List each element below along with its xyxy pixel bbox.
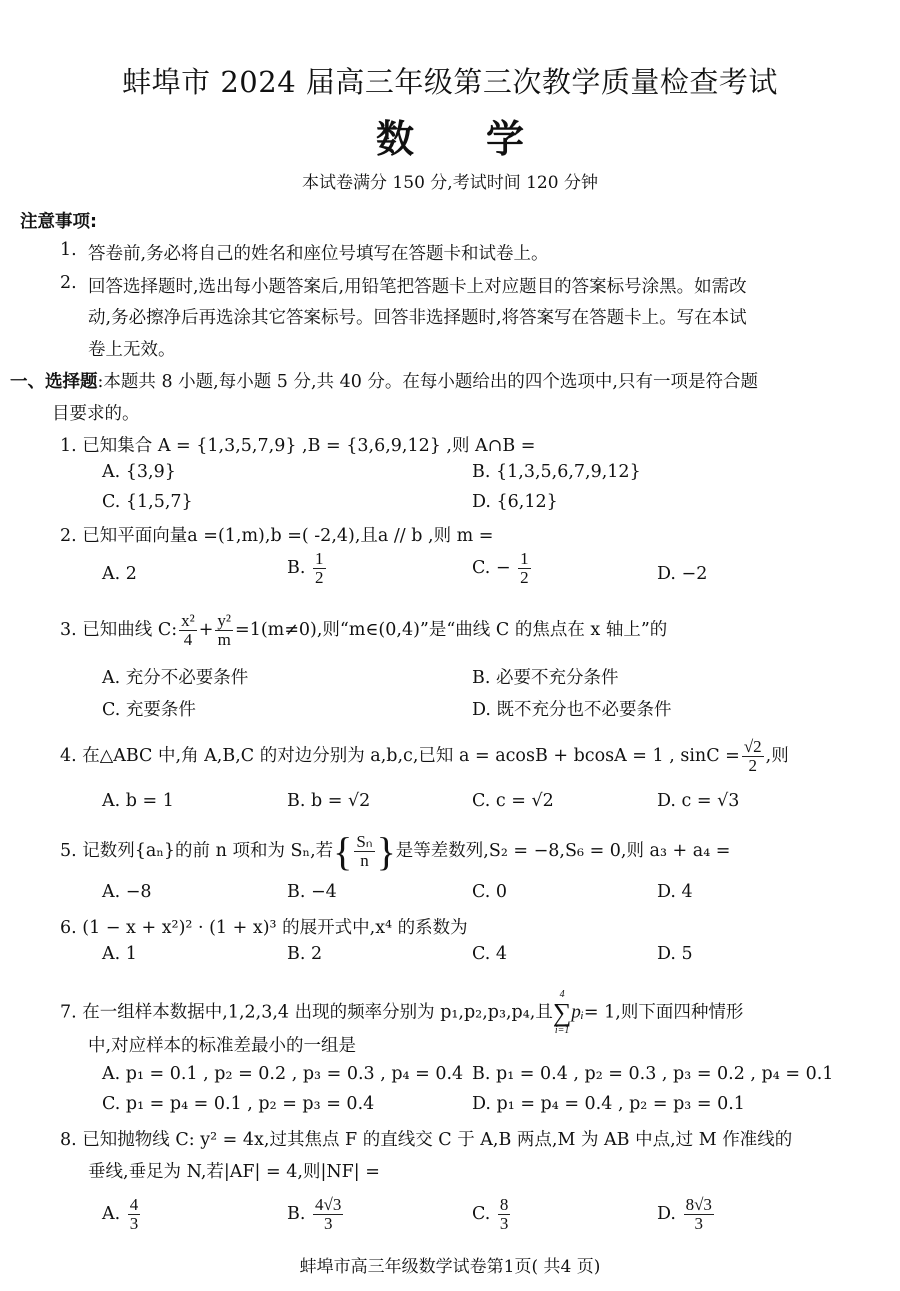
option-letter: D. — [657, 1204, 676, 1224]
question-stem: 已知集合 A = {1,3,5,7,9} ,B = {3,6,9,12} ,则 … — [82, 436, 535, 456]
q5-option-c[interactable]: C. 0 — [472, 882, 507, 902]
notice-item-2-line-1: 回答选择题时,选出每小题答案后,用铅笔把答题卡上对应题目的答案标号涂黑。如需改 — [88, 273, 747, 298]
q3-option-b[interactable]: B. 必要不充分条件 — [472, 664, 619, 689]
q4-option-c[interactable]: C. c = √2 — [472, 791, 554, 811]
fraction: 83 — [498, 1196, 511, 1233]
option-letter: C. — [472, 1204, 490, 1224]
exam-title: 蚌埠市 2024 届高三年级第三次教学质量检查考试 — [0, 60, 900, 101]
question-7: 7. 在一组样本数据中,1,2,3,4 出现的频率分别为 p₁,p₂,p₃,p₄… — [60, 990, 743, 1036]
question-3: 3. 已知曲线 C:x²4+y²m=1(m≠0),则“m∈(0,4)”是“曲线 … — [60, 612, 667, 649]
q7-option-a[interactable]: A. p₁ = 0.1 , p₂ = 0.2 , p₃ = 0.3 , p₄ =… — [102, 1064, 463, 1084]
q8-option-d[interactable]: D. 8√33 — [657, 1196, 716, 1233]
question-number: 4. — [60, 746, 77, 766]
q2-option-b[interactable]: B. 12 — [287, 550, 328, 587]
q3-option-c[interactable]: C. 充要条件 — [102, 696, 196, 721]
q5-option-b[interactable]: B. −4 — [287, 882, 337, 902]
question-8: 8. 已知抛物线 C: y² = 4x,过其焦点 F 的直线交 C 于 A,B … — [60, 1126, 792, 1151]
question-number: 8. — [60, 1130, 77, 1150]
subject-char-1: 数 — [376, 108, 414, 163]
summation: 4∑i=1 — [553, 990, 572, 1036]
q6-option-b[interactable]: B. 2 — [287, 944, 322, 964]
q1-option-c[interactable]: C. {1,5,7} — [102, 492, 193, 512]
q7-option-d[interactable]: D. p₁ = p₄ = 0.4 , p₂ = p₃ = 0.1 — [472, 1094, 745, 1114]
fraction: Sₙn — [354, 833, 374, 870]
stem-part: 已知曲线 C: — [82, 620, 177, 640]
section-desc-line-2: 目要求的。 — [52, 400, 140, 425]
stem-part: 在△ABC 中,角 A,B,C 的对边分别为 a,b,c,已知 a = acos… — [82, 746, 740, 766]
question-stem: 已知平面向量a =(1,m),b =( -2,4),且a // b ,则 m = — [82, 526, 493, 546]
q1-option-a[interactable]: A. {3,9} — [102, 462, 176, 482]
fraction: √22 — [742, 738, 764, 775]
question-stem: (1 − x + x²)² · (1 + x)³ 的展开式中,x⁴ 的系数为 — [82, 918, 467, 938]
subject-char-2: 学 — [486, 108, 524, 163]
q3-option-d[interactable]: D. 既不充分也不必要条件 — [472, 696, 672, 721]
option-letter: A. — [102, 1204, 120, 1224]
sum-body: pᵢ — [571, 1002, 584, 1023]
question-number: 6. — [60, 918, 77, 938]
fraction: 43 — [128, 1196, 141, 1233]
fraction: 12 — [313, 550, 326, 587]
notice-item-1: 答卷前,务必将自己的姓名和座位号填写在答题卡和试卷上。 — [88, 240, 549, 265]
q3-option-a[interactable]: A. 充分不必要条件 — [102, 664, 248, 689]
subject-title: 数学 — [0, 108, 900, 163]
q7-option-c[interactable]: C. p₁ = p₄ = 0.1 , p₂ = p₃ = 0.4 — [102, 1094, 374, 1114]
plus: + — [199, 620, 214, 640]
fraction: 8√33 — [684, 1196, 714, 1233]
section-desc-line-1: :本题共 8 小题,每小题 5 分,共 40 分。在每小题给出的四个选项中,只有… — [98, 372, 759, 392]
left-brace: { — [333, 829, 352, 874]
q7-option-b[interactable]: B. p₁ = 0.4 , p₂ = 0.3 , p₃ = 0.2 , p₄ =… — [472, 1064, 833, 1084]
stem-part: 在一组样本数据中,1,2,3,4 出现的频率分别为 p₁,p₂,p₃,p₄,且 — [82, 1003, 553, 1023]
fraction: x²4 — [179, 612, 197, 649]
q2-option-d[interactable]: D. −2 — [657, 564, 707, 584]
notice-item-2-line-3: 卷上无效。 — [88, 336, 176, 361]
q6-option-a[interactable]: A. 1 — [102, 944, 137, 964]
stem-part: 记数列{aₙ}的前 n 项和为 Sₙ,若 — [82, 841, 333, 861]
stem-part: =1(m≠0),则“m∈(0,4)”是“曲线 C 的焦点在 x 轴上”的 — [235, 620, 667, 640]
q1-option-d[interactable]: D. {6,12} — [472, 492, 558, 512]
q4-option-b[interactable]: B. b = √2 — [287, 791, 370, 811]
fraction: 12 — [518, 550, 531, 587]
q4-option-d[interactable]: D. c = √3 — [657, 791, 739, 811]
q6-option-d[interactable]: D. 5 — [657, 944, 693, 964]
question-6: 6. (1 − x + x²)² · (1 + x)³ 的展开式中,x⁴ 的系数… — [60, 914, 468, 939]
sigma-icon: ∑ — [553, 1000, 572, 1026]
question-stem: 已知抛物线 C: y² = 4x,过其焦点 F 的直线交 C 于 A,B 两点,… — [82, 1130, 792, 1150]
question-5: 5. 记数列{aₙ}的前 n 项和为 Sₙ,若{Sₙn}是等差数列,S₂ = −… — [60, 828, 730, 875]
option-letter: C. − — [472, 558, 511, 578]
q8-option-b[interactable]: B. 4√33 — [287, 1196, 345, 1233]
notice-item-2-num: 2. — [60, 273, 77, 293]
q8-option-a[interactable]: A. 43 — [102, 1196, 142, 1233]
option-letter: B. — [287, 558, 305, 578]
q5-option-d[interactable]: D. 4 — [657, 882, 693, 902]
fraction: 4√33 — [313, 1196, 343, 1233]
question-7-line-2: 中,对应样本的标准差最小的一组是 — [88, 1032, 356, 1057]
stem-part: = 1,则下面四种情形 — [584, 1003, 743, 1023]
q6-option-c[interactable]: C. 4 — [472, 944, 507, 964]
question-4: 4. 在△ABC 中,角 A,B,C 的对边分别为 a,b,c,已知 a = a… — [60, 738, 789, 775]
q8-option-c[interactable]: C. 83 — [472, 1196, 512, 1233]
q4-option-a[interactable]: A. b = 1 — [102, 791, 174, 811]
exam-subtitle: 本试卷满分 150 分,考试时间 120 分钟 — [0, 168, 900, 193]
question-number: 5. — [60, 841, 77, 861]
question-number: 3. — [60, 620, 77, 640]
option-letter: B. — [287, 1204, 305, 1224]
question-number: 1. — [60, 436, 77, 456]
q1-option-b[interactable]: B. {1,3,5,6,7,9,12} — [472, 462, 641, 482]
q5-option-a[interactable]: A. −8 — [102, 882, 152, 902]
page-footer: 蚌埠市高三年级数学试卷第1页( 共4 页) — [0, 1252, 900, 1277]
notice-item-2-line-2: 动,务必擦净后再选涂其它答案标号。回答非选择题时,将答案写在答题卡上。写在本试 — [88, 304, 747, 329]
question-2: 2. 已知平面向量a =(1,m),b =( -2,4),且a // b ,则 … — [60, 522, 493, 547]
stem-part: ,则 — [766, 746, 789, 766]
question-number: 7. — [60, 1003, 77, 1023]
section-heading: 一、选择题:本题共 8 小题,每小题 5 分,共 40 分。在每小题给出的四个选… — [10, 368, 758, 393]
stem-part: 是等差数列,S₂ = −8,S₆ = 0,则 a₃ + a₄ = — [396, 841, 731, 861]
notice-item-1-num: 1. — [60, 240, 77, 260]
question-number: 2. — [60, 526, 77, 546]
notice-heading: 注意事项: — [20, 208, 97, 233]
question-1: 1. 已知集合 A = {1,3,5,7,9} ,B = {3,6,9,12} … — [60, 432, 535, 457]
question-8-line-2: 垂线,垂足为 N,若|AF| = 4,则|NF| = — [88, 1158, 380, 1183]
fraction: y²m — [215, 612, 233, 649]
right-brace: } — [377, 829, 396, 874]
section-label: 一、选择题 — [10, 372, 98, 392]
q2-option-a[interactable]: A. 2 — [102, 564, 137, 584]
q2-option-c[interactable]: C. − 12 — [472, 550, 533, 587]
